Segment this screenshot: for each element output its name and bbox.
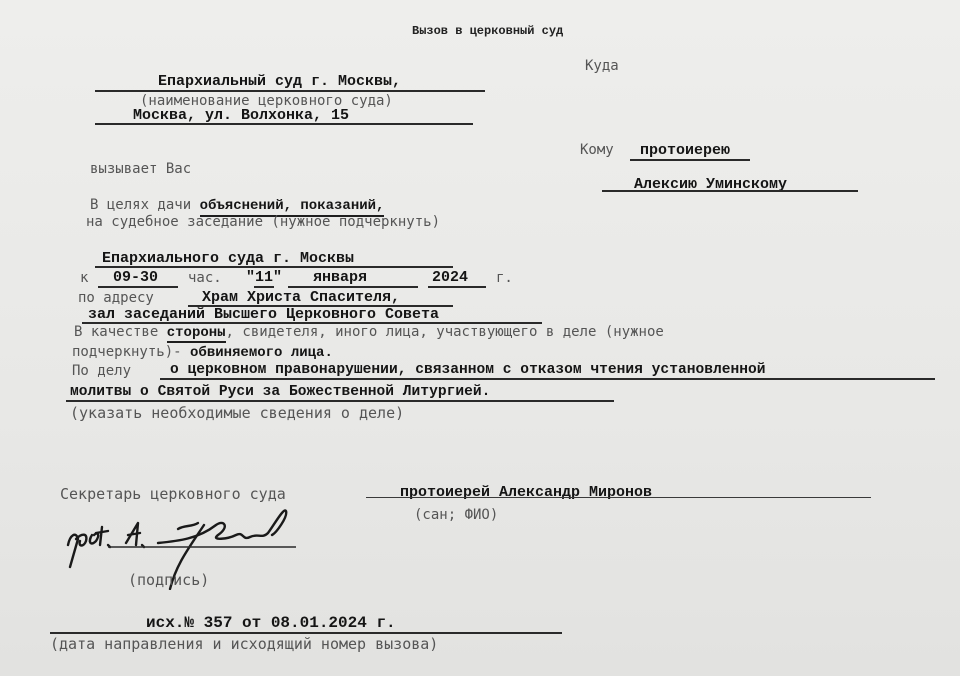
signature-caption: (подпись) (128, 571, 209, 589)
month-line (288, 286, 418, 288)
recipient-rank: протоиерею (640, 142, 730, 160)
summons-text: вызывает Вас (90, 160, 191, 178)
outgoing-ref-line (50, 632, 562, 634)
time-line (98, 286, 178, 288)
outgoing-caption: (дата направления и исходящий номер вызо… (50, 635, 438, 653)
capacity-line1: В качестве стороны, свидетеля, иного лиц… (74, 323, 664, 342)
time-value: 09-30 (113, 269, 158, 287)
address-prefix: по адресу (78, 289, 154, 307)
case-line1: о церковном правонарушении, связанном с … (170, 361, 766, 379)
capacity-selected: стороны (167, 325, 226, 343)
summons-document: Вызов в церковный суд Куда Епархиальный … (0, 0, 960, 676)
case-prefix: По делу (72, 362, 131, 380)
capacity-line2: подчеркнуть)- обвиняемого лица. (72, 343, 333, 362)
outgoing-ref: исх.№ 357 от 08.01.2024 г. (146, 614, 396, 632)
day-value: "11" (246, 269, 282, 287)
document-title: Вызов в церковный суд (412, 22, 563, 40)
court-address-line (95, 123, 473, 125)
capacity-line2-value: обвиняемого лица. (190, 345, 333, 361)
year-suffix: г. (496, 269, 513, 287)
day-line (254, 286, 274, 288)
secretary-caption: (сан; ФИО) (414, 506, 498, 524)
secretary-line (366, 497, 871, 498)
recipient-name-line (602, 190, 858, 192)
case-line1-rule (160, 378, 935, 380)
hearing-court-line (95, 266, 453, 268)
time-unit: час. (188, 269, 222, 287)
case-line2: молитвы о Святой Руси за Божественной Ли… (70, 383, 490, 401)
secretary-label: Секретарь церковного суда (60, 485, 286, 503)
court-name: Епархиальный суд г. Москвы, (158, 73, 401, 91)
where-label: Куда (585, 57, 619, 75)
case-caption: (указать необходимые сведения о деле) (70, 404, 404, 422)
case-line2-rule (66, 400, 614, 402)
to-label: Кому (580, 141, 614, 159)
month-value: января (313, 269, 367, 287)
time-prefix: к (80, 269, 88, 287)
year-line (428, 286, 486, 288)
year-value: 2024 (432, 269, 468, 287)
purpose-line2: на судебное заседание (нужное подчеркнут… (86, 213, 440, 231)
secretary-name: протоиерей Александр Миронов (400, 484, 652, 502)
recipient-rank-line (630, 159, 750, 161)
